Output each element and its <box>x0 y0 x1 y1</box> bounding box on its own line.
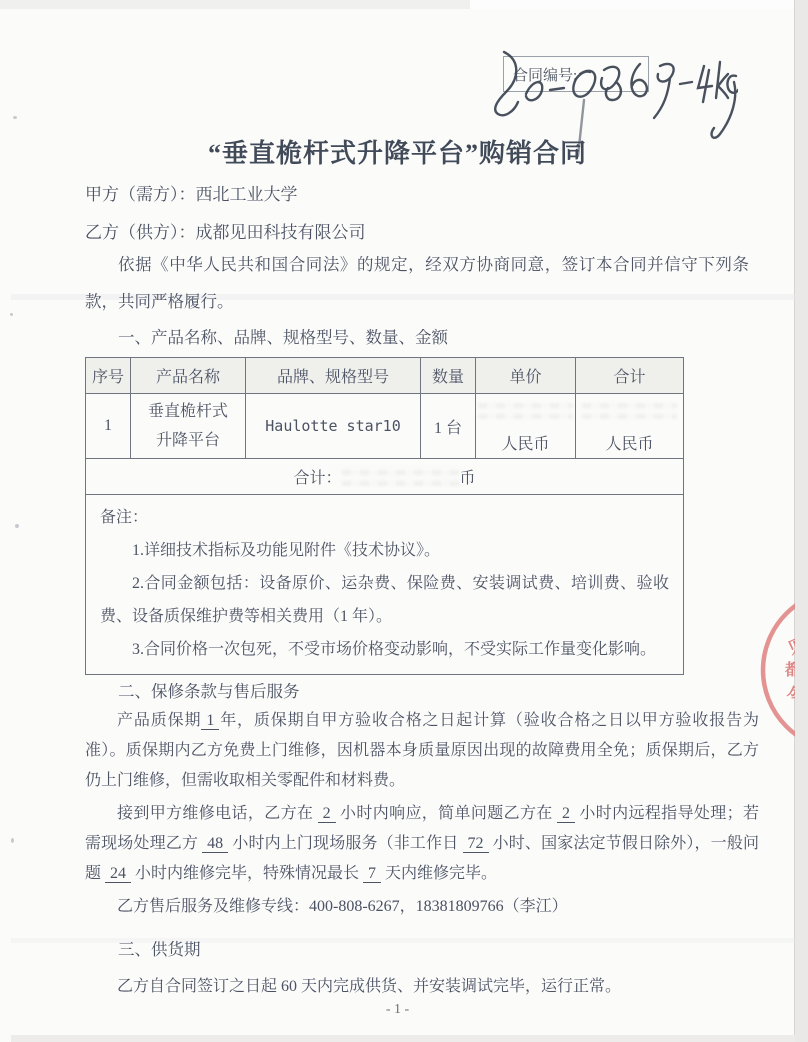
party-a-line: 甲方（需方）：西北工业大学 <box>85 176 366 214</box>
cell-qty: 1 台 <box>421 394 476 459</box>
scan-speck <box>15 524 19 528</box>
cell-unit-price: 人民币 <box>476 394 576 459</box>
total-price-currency: 人民币 <box>605 431 653 454</box>
warranty-paragraph-1: 产品质保期1年，质保期自甲方验收合格之日起计算（验收合格之日以甲方验收报告为准）… <box>85 706 759 796</box>
cell-index: 1 <box>86 394 131 459</box>
service-hotline-line: 乙方售后服务及维修专线：400-808-6267，18381809766（李江） <box>85 892 759 922</box>
grand-total-suffix: 币 <box>460 470 476 487</box>
seal-char: 合 <box>793 701 795 725</box>
service-text: 天内维修完毕。 <box>381 865 497 882</box>
service-text: 小时内响应，简单问题乙方在 <box>336 805 557 822</box>
section3-heading: 三、供货期 <box>118 936 759 964</box>
redacted-total-price <box>582 403 677 419</box>
seal-char: 见 <box>785 634 795 658</box>
remarks-label: 备注： <box>100 501 669 534</box>
scan-edge-top-right <box>470 0 808 9</box>
scan-edge-top <box>0 0 470 9</box>
document-title: “垂直桅杆式升降平台”购销合同 <box>0 133 795 170</box>
col-header-index: 序号 <box>86 358 131 394</box>
cell-brand-model: Haulotte star10 <box>246 394 421 459</box>
cell-product-name: 垂直桅杆式升降平台 <box>131 394 246 459</box>
contract-number-label: 合同编号: <box>513 64 577 85</box>
redacted-grand-total <box>342 468 460 486</box>
table-total-row: 合计：币 <box>86 459 684 495</box>
cell-remarks: 备注： 1.详细技术指标及功能见附件《技术协议》。 2.合同金额包括：设备原价、… <box>86 495 684 675</box>
col-header-unit-price: 单价 <box>476 358 576 394</box>
nonworkday-hours-value: 72 <box>463 835 489 853</box>
warranty-years-value: 1 <box>201 712 219 730</box>
col-header-brand-model: 品牌、规格型号 <box>246 358 421 394</box>
contract-number-box: 合同编号: <box>503 56 649 92</box>
remark-item-3: 3.合同价格一次包死，不受市场价格变动影响，不受实际工作量变化影响。 <box>100 633 669 666</box>
section2-heading: 二、保修条款与售后服务 <box>118 678 759 706</box>
scan-speck <box>13 116 17 119</box>
table-header-row: 序号 产品名称 品牌、规格型号 数量 单价 合计 <box>86 358 684 394</box>
warranty-paragraph-2: 接到甲方维修电话，乙方在 2 小时内响应，简单问题乙方在 2 小时内远程指导处理… <box>85 799 759 889</box>
delivery-paragraph: 乙方自合同签订之日起 60 天内完成供货、并安装调试完毕，运行正常。 <box>85 972 759 1002</box>
scan-edge-right <box>794 0 808 1042</box>
company-seal-stamp: 田 见 都 成 合 <box>757 576 795 764</box>
scan-speck <box>11 838 14 843</box>
cell-grand-total: 合计：币 <box>86 459 684 495</box>
seal-char: 都 <box>784 661 795 679</box>
service-text: 小时内维修完毕，特殊情况最长 <box>131 865 363 882</box>
service-text: 小时内上门现场服务（非工作日 <box>228 835 462 852</box>
remark-item-2: 2.合同金额包括：设备原价、运杂费、保险费、安装调试费、培训费、验收费、设备质保… <box>100 567 669 633</box>
seal-char: 田 <box>793 615 795 639</box>
service-text: 接到甲方维修电话，乙方在 <box>117 805 318 822</box>
lower-sections: 二、保修条款与售后服务 产品质保期1年，质保期自甲方验收合格之日起计算（验收合格… <box>85 678 759 1005</box>
intro-paragraph: 依据《中华人民共和国合同法》的规定，经双方协商同意，签订本合同并信守下列条款，共… <box>85 246 749 320</box>
grand-total-label: 合计： <box>293 470 341 487</box>
cell-total-price: 人民币 <box>576 394 684 459</box>
seal-icon: 田 见 都 成 合 <box>757 576 795 764</box>
max-days-value: 7 <box>363 865 381 883</box>
seal-char: 成 <box>785 682 795 705</box>
scan-speck <box>10 313 13 316</box>
scan-edge-bottom <box>11 1035 795 1042</box>
unit-price-currency: 人民币 <box>501 431 549 454</box>
remote-hours-value: 2 <box>557 805 575 823</box>
col-header-qty: 数量 <box>421 358 476 394</box>
product-table: 序号 产品名称 品牌、规格型号 数量 单价 合计 1 垂直桅杆式升降平台 Hau… <box>85 357 684 675</box>
onsite-hours-value: 48 <box>202 835 228 853</box>
repair-hours-value: 24 <box>105 865 131 883</box>
redacted-unit-price <box>478 403 573 419</box>
col-header-total: 合计 <box>576 358 684 394</box>
page-number: - 1 - <box>0 1002 795 1018</box>
warranty-text: 产品质保期 <box>117 712 201 729</box>
contract-parties: 甲方（需方）：西北工业大学 乙方（供方）：成都见田科技有限公司 <box>85 176 366 252</box>
section1-heading: 一、产品名称、品牌、规格型号、数量、金额 <box>118 324 448 348</box>
table-remarks-row: 备注： 1.详细技术指标及功能见附件《技术协议》。 2.合同金额包括：设备原价、… <box>86 495 684 675</box>
response-hours-value: 2 <box>318 805 336 823</box>
scanned-contract-page: 合同编号: “垂直桅杆式升降平台”购销合同 甲方（需方）：西北工业大学 乙方（供… <box>0 0 808 1042</box>
table-row: 1 垂直桅杆式升降平台 Haulotte star10 1 台 人民币 人民币 <box>86 394 684 459</box>
remark-item-1: 1.详细技术指标及功能见附件《技术协议》。 <box>100 534 669 567</box>
col-header-product: 产品名称 <box>131 358 246 394</box>
